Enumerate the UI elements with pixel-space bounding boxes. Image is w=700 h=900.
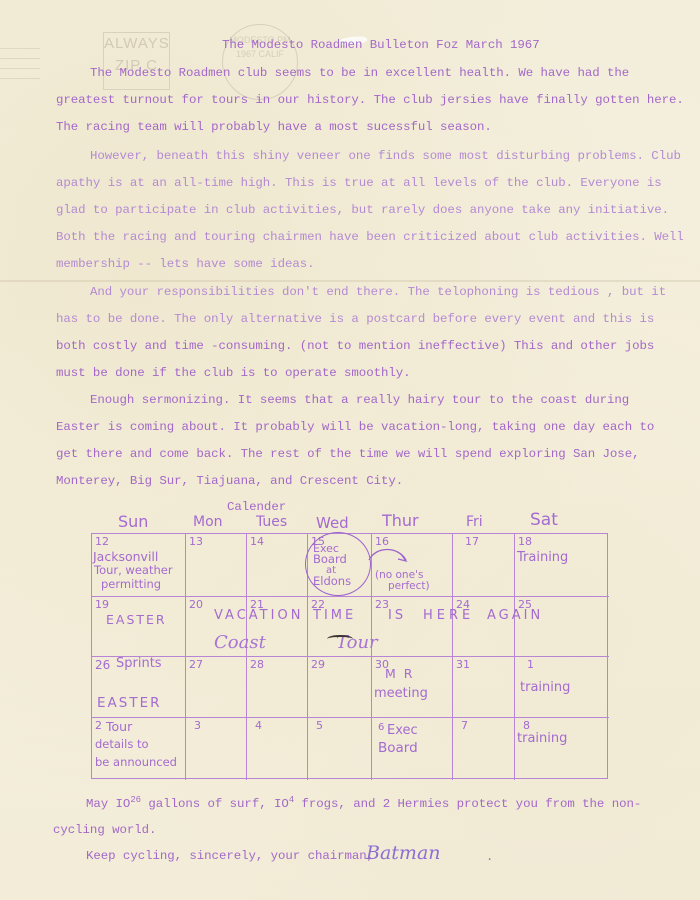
paragraph-2-line-5: membership -- lets have some ideas. [56, 257, 315, 271]
date-number: 28 [250, 658, 264, 671]
date-number: 26 [95, 658, 110, 672]
calendar-cell: 31 [453, 657, 515, 718]
calendar-cell: 29 [308, 657, 372, 718]
paragraph-3-line-4: must be done if the club is to operate s… [56, 366, 411, 380]
date-number: 23 [375, 598, 389, 611]
calendar-cell: 19 EASTER [92, 597, 186, 657]
date-number: 2 [95, 719, 102, 732]
calendar-cell: 13 [186, 534, 247, 597]
script-coast: Coast [214, 632, 266, 653]
cell-note: meeting [374, 687, 428, 700]
paragraph-4-line-4: Monterey, Big Sur, Tiajuana, and Crescen… [56, 474, 403, 488]
calendar-cell: 24 [453, 597, 515, 657]
calendar-cell: 6 Exec Board [372, 718, 453, 780]
paragraph-1-line-2: greatest turnout for tours in our histor… [56, 93, 684, 107]
calendar-title: Calender [227, 500, 286, 514]
paper-fold-line [0, 280, 700, 282]
date-number: 12 [95, 535, 109, 548]
calendar-cell: 7 [453, 718, 515, 780]
day-header-tues: Tues [256, 514, 287, 530]
cell-note: Tour [106, 720, 132, 733]
cell-note: training [520, 681, 570, 694]
banner-time: TIME [313, 608, 356, 623]
cell-note: details to [95, 738, 149, 751]
paragraph-2-line-1: However, beneath this shiny veneer one f… [90, 149, 681, 163]
postmark-circle: MODESTO PM 1967 CALIF [222, 24, 298, 100]
day-header-wed: Wed [316, 514, 349, 532]
calendar-cell: 26 Sprints EASTER [92, 657, 186, 718]
day-header-fri: Fri [466, 514, 483, 530]
paragraph-2-line-4: Both the racing and touring chairmen hav… [56, 230, 684, 244]
calendar-cell: 30 M R meeting [372, 657, 453, 718]
date-number: 4 [255, 719, 262, 732]
date-number: 19 [95, 598, 109, 611]
day-header-sat: Sat [530, 510, 558, 530]
date-number: 3 [194, 719, 201, 732]
signoff-line: Keep cycling, sincerely, your chairman, [86, 849, 374, 863]
day-header-mon: Mon [193, 514, 223, 530]
paragraph-3-line-1: And your responsibilities don't end ther… [90, 285, 666, 299]
paragraph-3-line-2: has to be done. The only alternative is … [56, 312, 654, 326]
calendar-cell: 28 [247, 657, 308, 718]
paragraph-2-line-3: glad to participate in club activities, … [56, 203, 669, 217]
banner-is: IS [388, 608, 406, 623]
calendar-cell: 4 [247, 718, 308, 780]
cell-note: M R [385, 667, 414, 680]
paragraph-1-line-1: The Modesto Roadmen club seems to be in … [90, 66, 629, 80]
date-number: 17 [465, 535, 479, 548]
cell-note: Training [517, 551, 568, 564]
date-number: 7 [461, 719, 468, 732]
calendar-cell: 2 Tour details to be announced [92, 718, 186, 780]
calendar-cell: 27 [186, 657, 247, 718]
closing-line-2: cycling world. [53, 823, 156, 837]
cell-note: Tour, weather [94, 564, 173, 577]
cell-note: Sprints [116, 657, 162, 670]
cell-note: EASTER [106, 613, 167, 626]
calendar-cell: 14 [247, 534, 308, 597]
paragraph-3-line-3: both costly and time -consuming. (not to… [56, 339, 654, 353]
cell-note: perfect) [388, 581, 430, 592]
cell-note: Board [313, 554, 347, 565]
cell-note: Exec [387, 724, 418, 737]
calendar-cell: 25 [515, 597, 609, 657]
cell-note: Eldons [313, 575, 351, 588]
calendar-cell: 23 [372, 597, 453, 657]
banner-again: AGAIN [487, 608, 543, 623]
date-number: 20 [189, 598, 203, 611]
cancellation-lines [0, 48, 40, 88]
day-header-thur: Thur [382, 511, 419, 530]
calendar-cell: 16 (no one's perfect) [372, 534, 453, 597]
paragraph-4-line-3: get there and come back. The rest of the… [56, 447, 639, 461]
closing-text: gallons of surf, IO [141, 797, 289, 811]
date-number: 1 [527, 658, 534, 671]
calendar-cell: 3 [186, 718, 247, 780]
banner-vacation: VACATION [214, 608, 303, 623]
cell-note: Jacksonvill [93, 550, 158, 563]
cell-note: Board [378, 742, 418, 755]
cell-note: training [517, 732, 567, 745]
date-number: 14 [250, 535, 264, 548]
date-number: 5 [316, 719, 323, 732]
cell-note: be announced [95, 756, 177, 769]
signoff-period: . [486, 850, 493, 864]
date-number: 13 [189, 535, 203, 548]
date-number: 16 [375, 535, 389, 548]
banner-here: HERE [423, 608, 474, 623]
calendar-cell: 8 training [515, 718, 609, 780]
date-number: 27 [189, 658, 203, 671]
staple-mark [327, 635, 353, 643]
calendar-cell: 5 [308, 718, 372, 780]
signature: Batman [366, 842, 441, 864]
calendar-cell: 18 Training [515, 534, 609, 597]
calendar-cell: 17 [453, 534, 515, 597]
document-title: The Modesto Roadmen Bulleton Foz March 1… [222, 38, 540, 52]
exponent: 26 [130, 795, 141, 805]
calendar-cell: 12 Jacksonvill Tour, weather permitting [92, 534, 186, 597]
closing-line-1: May IO26 gallons of surf, IO4 frogs, and… [86, 797, 641, 811]
cell-note: permitting [101, 578, 161, 591]
paragraph-1-line-3: The racing team will probably have a mos… [56, 120, 492, 134]
calendar-cell: 15 Exec Board at Eldons [308, 534, 372, 597]
date-number: 18 [518, 535, 532, 548]
closing-text: frogs, and 2 Hermies protect you from th… [294, 797, 641, 811]
exponent: 4 [289, 795, 294, 805]
postage-stamp-mark: ALWAYS ZIP C [103, 32, 170, 90]
calendar-cell: 1 training [515, 657, 609, 718]
date-number: 31 [456, 658, 470, 671]
calendar-grid: 12 Jacksonvill Tour, weather permitting … [91, 533, 608, 779]
paragraph-4-line-1: Enough sermonizing. It seems that a real… [90, 393, 629, 407]
date-number: 29 [311, 658, 325, 671]
closing-text: May IO [86, 797, 130, 811]
day-header-sun: Sun [118, 512, 148, 531]
cell-note: EASTER [97, 697, 162, 710]
paragraph-4-line-2: Easter is coming about. It probably will… [56, 420, 654, 434]
paragraph-2-line-2: apathy is at an all-time high. This is t… [56, 176, 662, 190]
date-number: 6 [378, 722, 384, 733]
